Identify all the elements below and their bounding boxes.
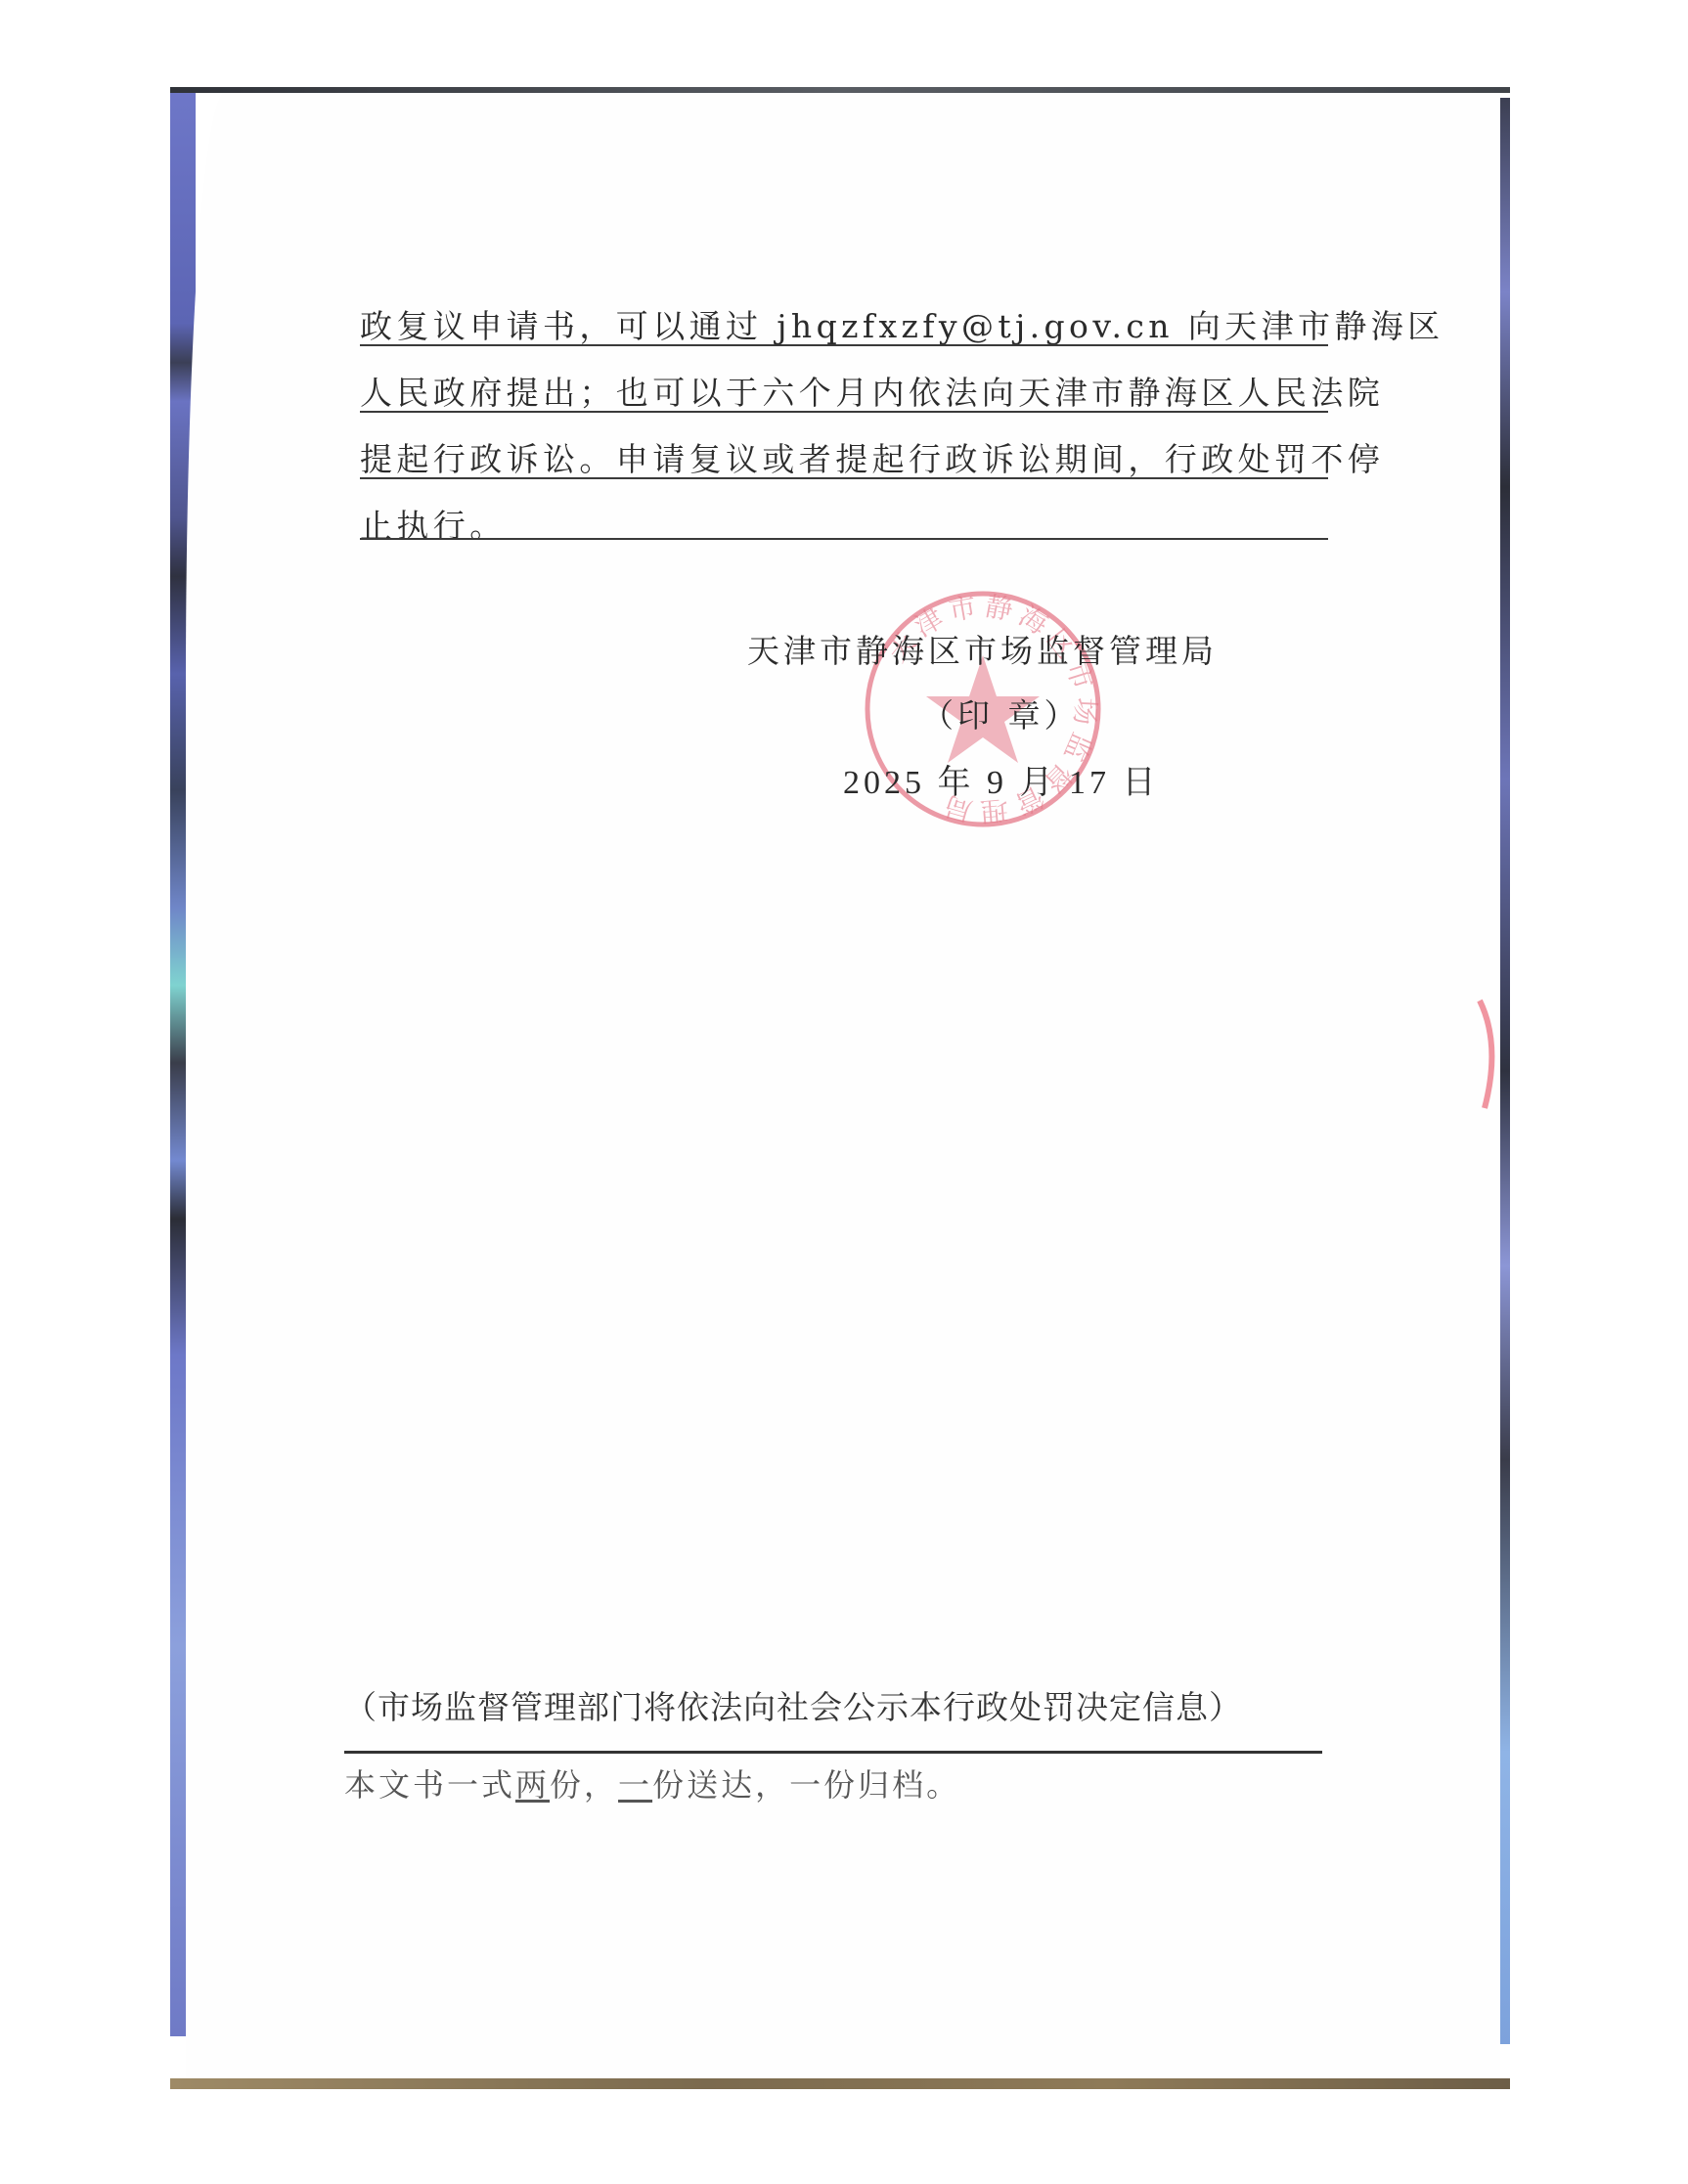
seal-label: （印 章） <box>921 691 1081 736</box>
public-notice: （市场监督管理部门将依法向社会公示本行政处罚决定信息） <box>344 1682 1242 1728</box>
underline-3 <box>360 477 1328 479</box>
partial-seal-mark <box>1477 996 1506 1113</box>
footer-rule <box>344 1751 1322 1754</box>
copies-statement: 本文书一式两份，一份送达，一份归档。 <box>344 1761 960 1805</box>
underline-1 <box>360 344 1328 346</box>
issuer-name: 天津市静海区市场监督管理局 <box>747 626 1218 672</box>
copies-text-3: 份送达，一份归档。 <box>652 1766 960 1804</box>
body-line-2: 人民政府提出；也可以于六个月内依法向天津市静海区人民法院 <box>360 368 1384 414</box>
body-line-3: 提起行政诉讼。申请复议或者提起行政诉讼期间，行政处罚不停 <box>360 434 1384 480</box>
paper-bottom-edge <box>170 2078 1510 2089</box>
copies-text-2: 份， <box>550 1766 618 1804</box>
underline-4 <box>360 538 1328 540</box>
copies-count: 两 <box>515 1766 550 1804</box>
underline-2 <box>360 411 1328 413</box>
copies-delivered-count: 一 <box>618 1766 652 1804</box>
copies-text-1: 本文书一式 <box>344 1766 515 1804</box>
issue-date: 2025 年 9 月 17 日 <box>843 755 1160 803</box>
body-line-1: 政复议申请书，可以通过 jhqzfxzfy@tj.gov.cn 向天津市静海区 <box>360 301 1444 347</box>
